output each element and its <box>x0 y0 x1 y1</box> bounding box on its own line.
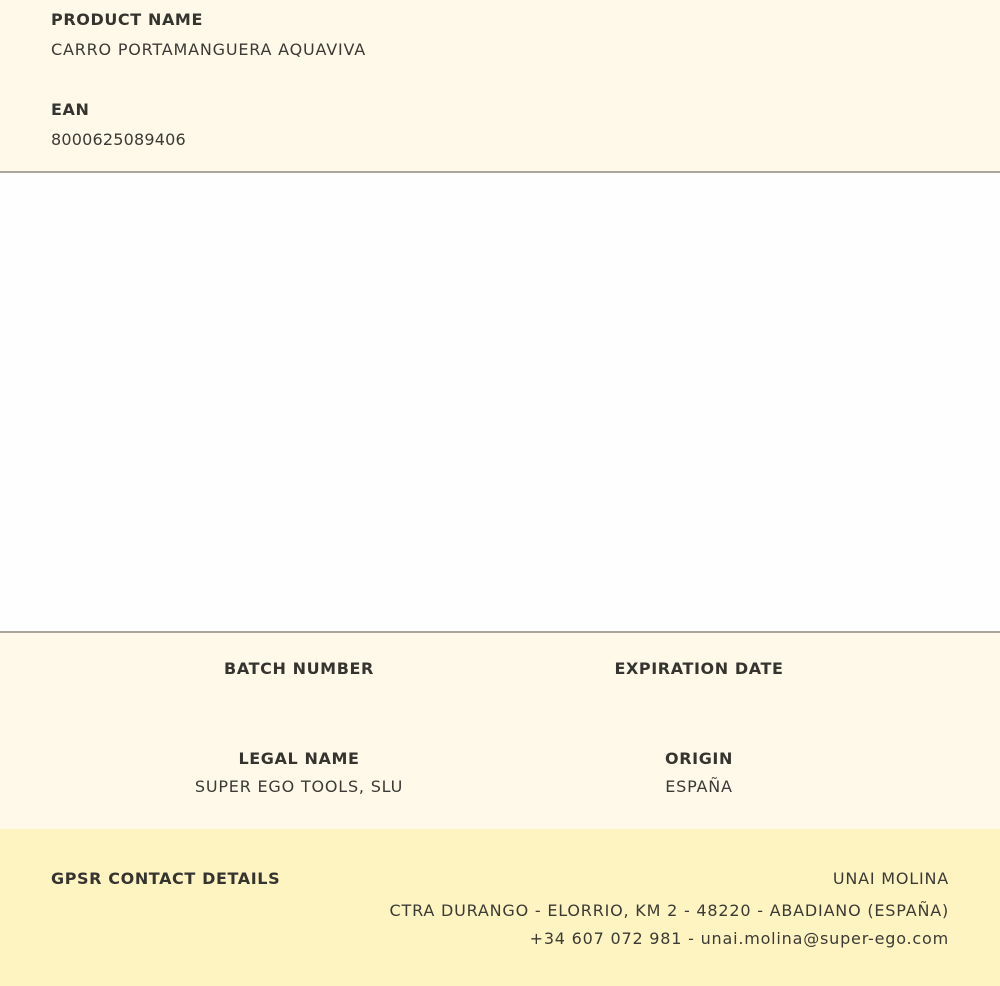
product-name-value: CARRO PORTAMANGUERA AQUAVIVA <box>51 40 366 59</box>
blank-content-area <box>0 173 1000 631</box>
origin-cell: ORIGIN ESPAÑA <box>549 749 849 796</box>
contact-details: UNAI MOLINA CTRA DURANGO - ELORRIO, KM 2… <box>390 869 949 953</box>
origin-value: ESPAÑA <box>549 777 849 796</box>
gpsr-contact-section: GPSR CONTACT DETAILS UNAI MOLINA CTRA DU… <box>0 829 1000 986</box>
product-name-label: PRODUCT NAME <box>51 10 203 29</box>
contact-name: UNAI MOLINA <box>390 869 949 889</box>
legal-name-cell: LEGAL NAME SUPER EGO TOOLS, SLU <box>149 749 449 796</box>
product-details-section: BATCH NUMBER EXPIRATION DATE LEGAL NAME … <box>0 631 1000 831</box>
product-label-page: PRODUCT NAME CARRO PORTAMANGUERA AQUAVIV… <box>0 0 1000 986</box>
batch-number-cell: BATCH NUMBER <box>149 659 449 687</box>
ean-label: EAN <box>51 100 90 119</box>
expiration-date-label: EXPIRATION DATE <box>549 659 849 678</box>
ean-value: 8000625089406 <box>51 130 186 149</box>
batch-number-label: BATCH NUMBER <box>149 659 449 678</box>
origin-label: ORIGIN <box>549 749 849 768</box>
gpsr-contact-label: GPSR CONTACT DETAILS <box>51 869 280 888</box>
contact-address: CTRA DURANGO - ELORRIO, KM 2 - 48220 - A… <box>390 897 949 925</box>
expiration-date-cell: EXPIRATION DATE <box>549 659 849 687</box>
product-identification-section: PRODUCT NAME CARRO PORTAMANGUERA AQUAVIV… <box>0 0 1000 173</box>
legal-name-label: LEGAL NAME <box>149 749 449 768</box>
contact-phone-email: +34 607 072 981 - unai.molina@super-ego.… <box>390 925 949 953</box>
legal-name-value: SUPER EGO TOOLS, SLU <box>149 777 449 796</box>
